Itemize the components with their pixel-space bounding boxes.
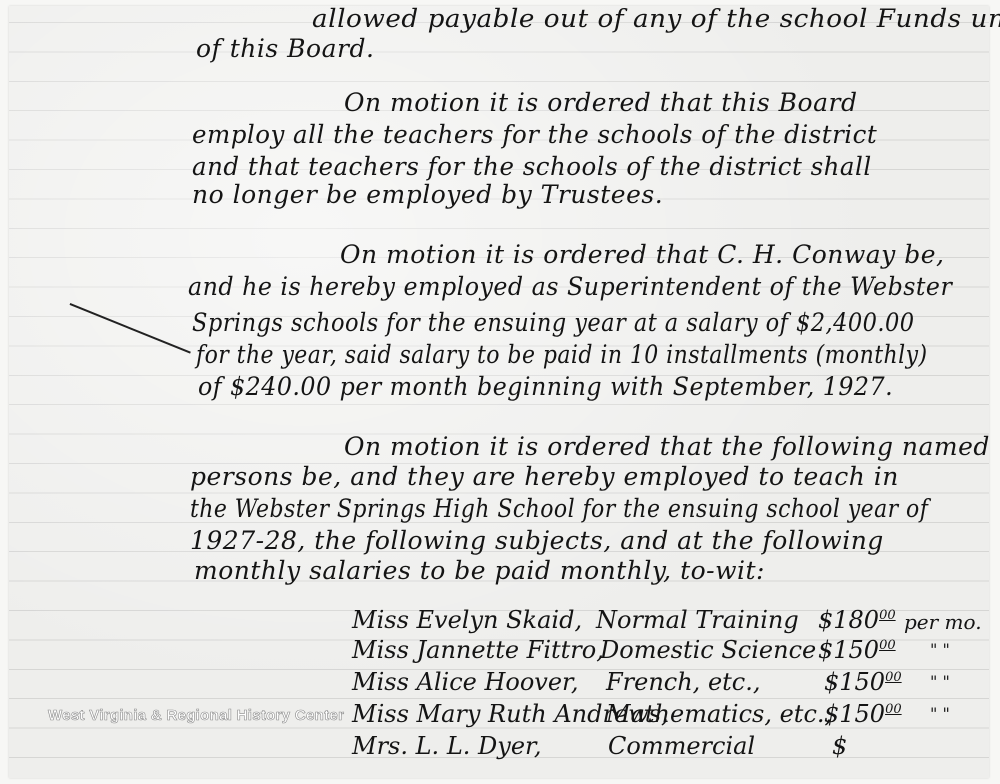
handwritten-line: On motion it is ordered that this Board (344, 88, 857, 117)
handwritten-line: On motion it is ordered that the followi… (344, 432, 990, 461)
handwritten-line: On motion it is ordered that C. H. Conwa… (340, 240, 944, 269)
teacher-salary: $15000 (818, 636, 896, 664)
teacher-name: Miss Jannette Fittro, (352, 636, 604, 664)
handwritten-line: employ all the teachers for the schools … (192, 120, 877, 149)
handwritten-line: the Webster Springs High School for the … (190, 494, 928, 523)
teacher-subject: Domestic Science (600, 636, 816, 664)
teacher-name: Miss Evelyn Skaid, (352, 606, 582, 634)
handwritten-line: of $240.00 per month beginning with Sept… (198, 372, 893, 401)
teacher-salary: $ (832, 732, 847, 760)
teacher-subject: Commercial (608, 732, 755, 760)
teacher-salary: $15000 (824, 700, 902, 728)
handwritten-line: of this Board. (196, 34, 374, 63)
handwritten-line: Springs schools for the ensuing year at … (192, 308, 915, 337)
teacher-subject: Mathematics, etc., (606, 700, 832, 728)
teacher-name: Miss Alice Hoover, (352, 668, 579, 696)
handwritten-line: and that teachers for the schools of the… (192, 152, 872, 181)
handwritten-line: monthly salaries to be paid monthly, to-… (194, 556, 765, 585)
handwritten-line: for the year, said salary to be paid in … (196, 340, 927, 369)
handwritten-line: 1927-28, the following subjects, and at … (190, 526, 884, 555)
archive-watermark: West Virginia & Regional History Center (48, 707, 344, 724)
teacher-salary: $18000 (818, 606, 896, 634)
teacher-name: Mrs. L. L. Dyer, (352, 732, 541, 760)
handwritten-line: no longer be employed by Trustees. (192, 180, 663, 209)
teacher-salary: $15000 (824, 668, 902, 696)
handwritten-line: persons be, and they are hereby employed… (190, 462, 899, 491)
ditto-marks: " " (930, 640, 950, 659)
teacher-subject: French, etc., (606, 668, 761, 696)
handwritten-line: allowed payable out of any of the school… (312, 4, 1000, 33)
ditto-marks: " " (930, 704, 950, 723)
salary-period: per mo. (904, 610, 982, 634)
teacher-subject: Normal Training (596, 606, 799, 634)
ditto-marks: " " (930, 672, 950, 691)
handwritten-line: and he is hereby employed as Superintend… (188, 272, 952, 301)
